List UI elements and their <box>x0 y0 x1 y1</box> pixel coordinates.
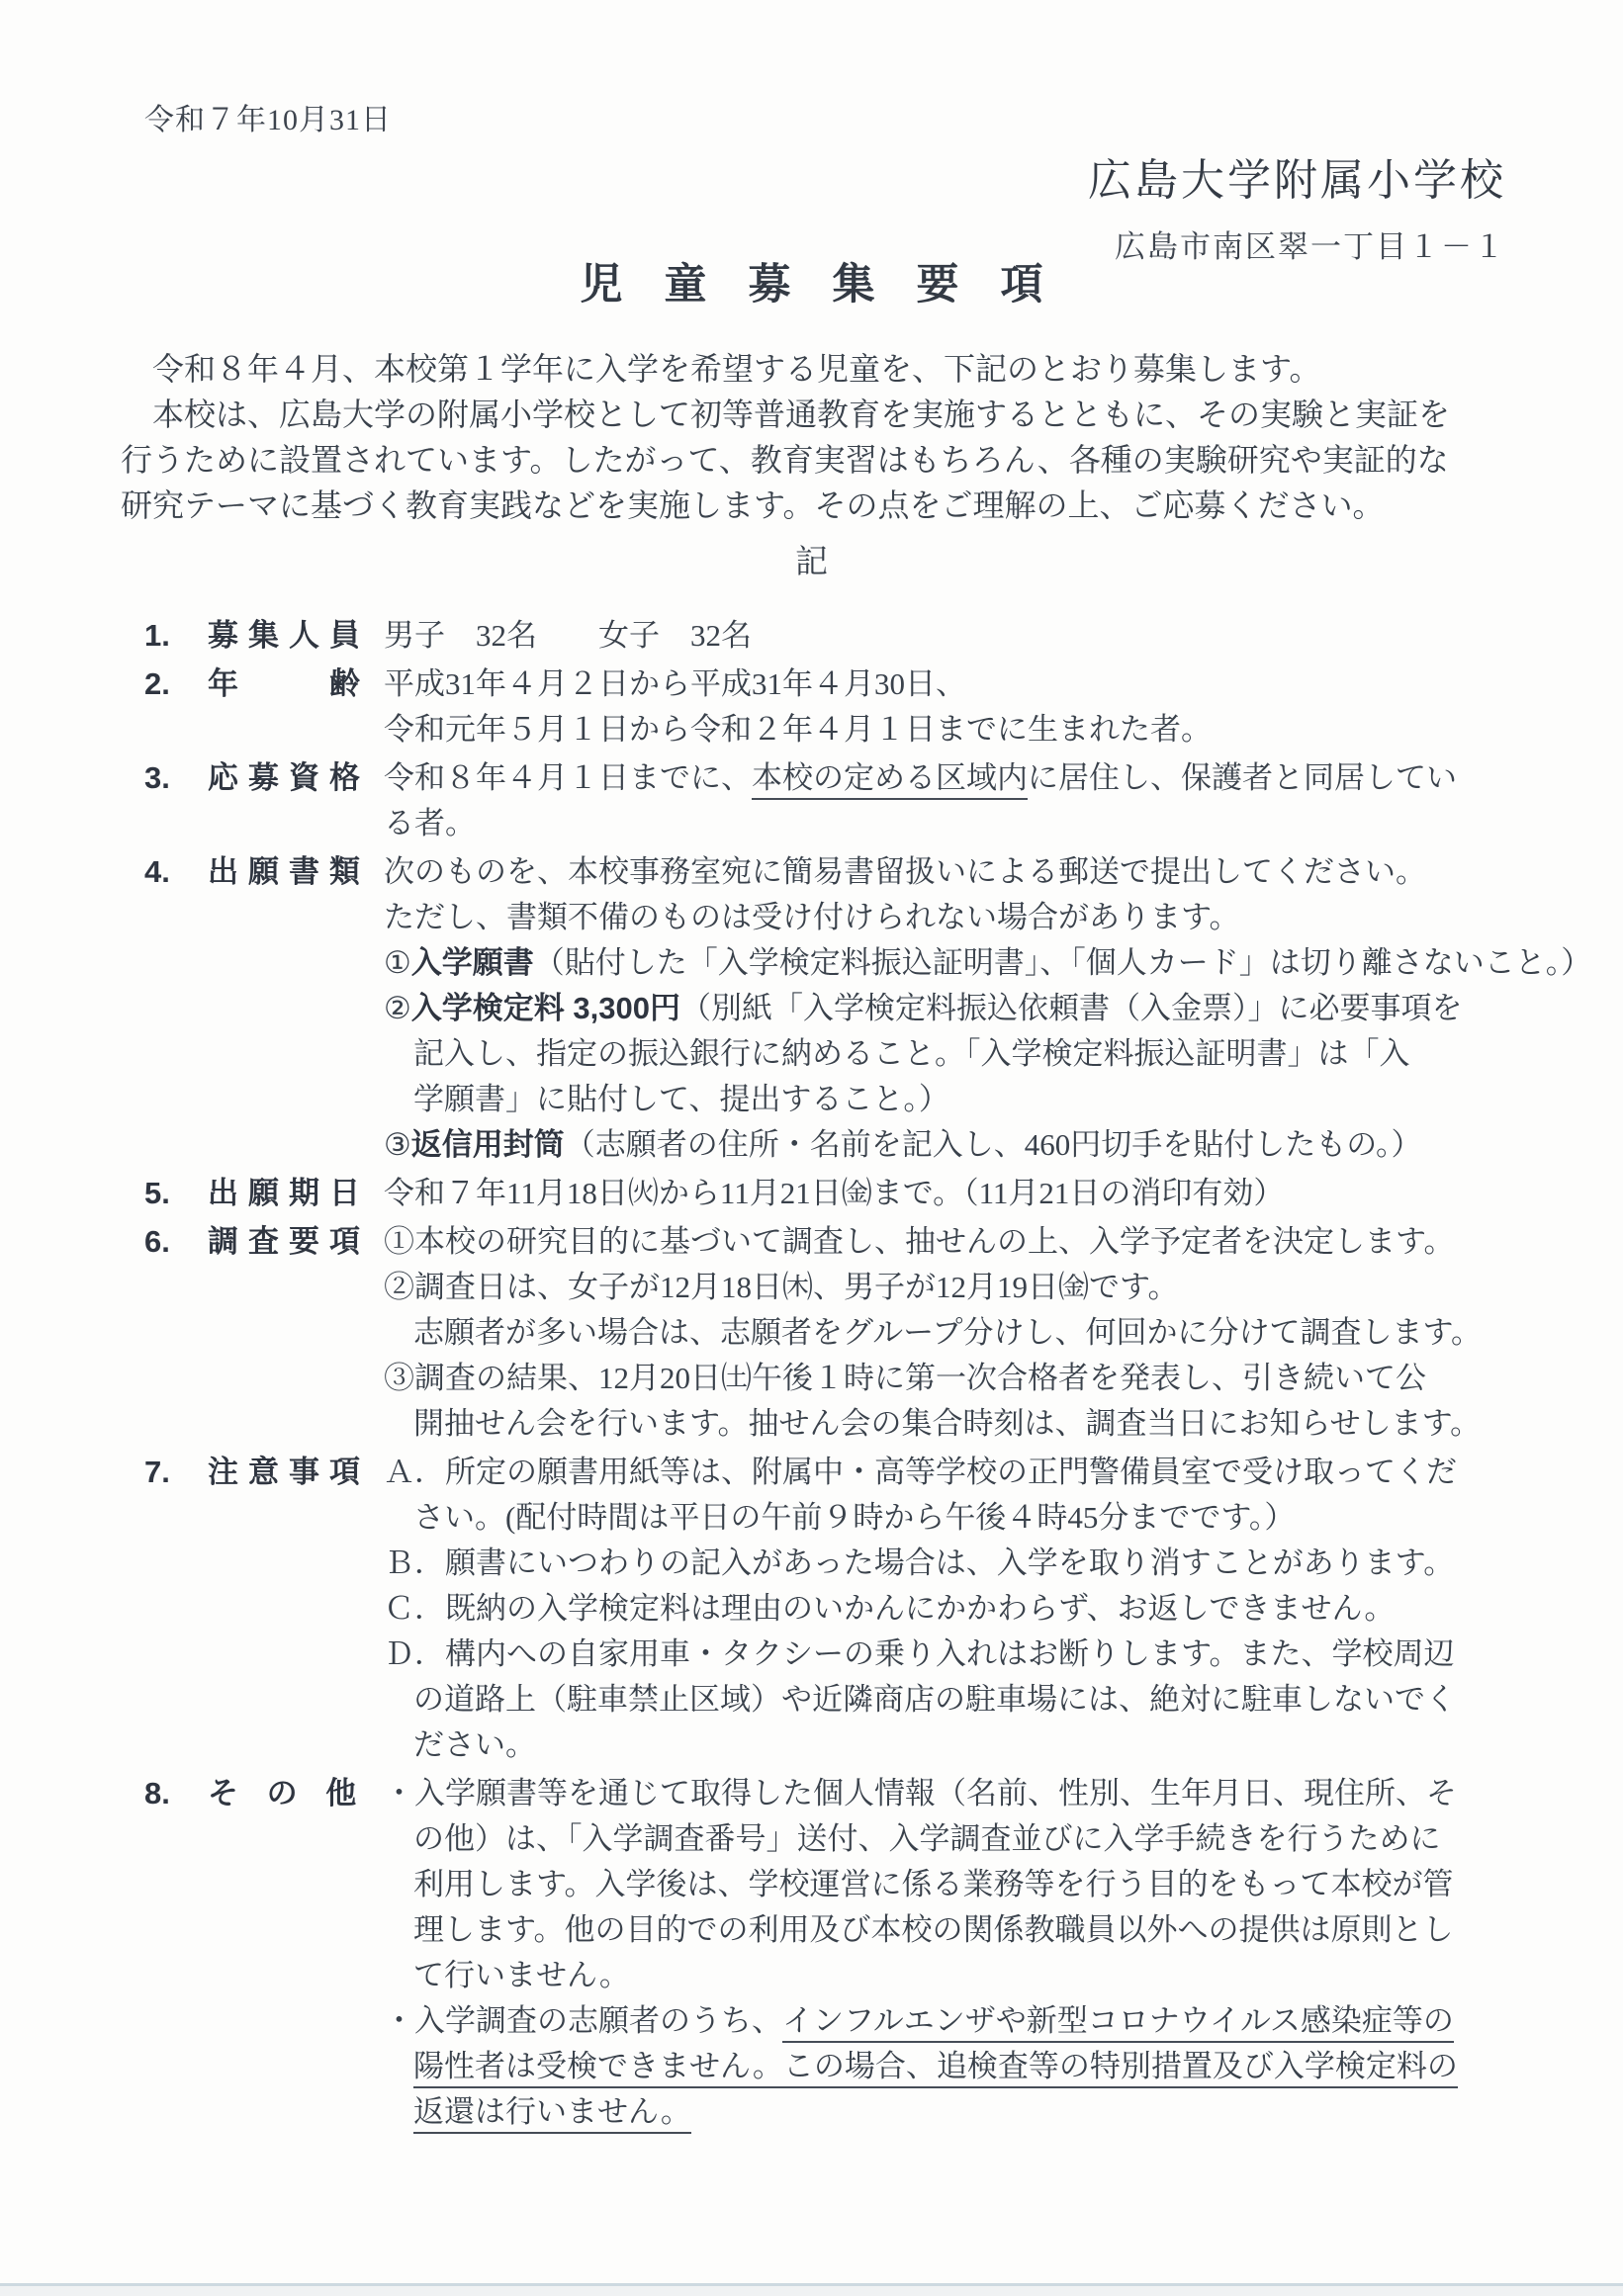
item-content: ・入学願書等を通じて取得した個人情報（名前、性別、生年月日、現住所、その他）は、… <box>384 1771 1578 2135</box>
item-number: 5. <box>144 1171 208 1216</box>
text-segment: （志願者の住所・名前を記入し、460円切手を貼付したもの。） <box>565 1127 1422 1162</box>
item-label: 出願期日 <box>208 1171 384 1216</box>
item-number: 7. <box>144 1450 208 1495</box>
item-content-line: ①本校の研究目的に基づいて調査し、抽せんの上、入学予定者を決定します。 <box>384 1219 1578 1265</box>
item-label: 募集人員 <box>208 613 384 659</box>
item-row-5: 5.出願期日令和７年11月18日㈫から11月21日㈮まで。（11月21日の消印有… <box>144 1171 1578 1216</box>
item-row-3: 3.応募資格令和８年４月１日までに、本校の定める区域内に居住し、保護者と同居して… <box>144 755 1578 846</box>
item-content: 男子 32名 女子 32名 <box>384 613 1578 659</box>
text-segment: 男子 32名 女子 32名 <box>384 618 752 653</box>
text-segment: 利用します。入学後は、学校運営に係る業務等を行う目的をもって本校が管 <box>413 1867 1454 1901</box>
item-number: 2. <box>144 662 208 707</box>
text-segment: る者。 <box>384 806 476 840</box>
underlined-text: 返還は行いません。 <box>413 2094 691 2134</box>
item-content-line: ③調査の結果、12月20日㈯午後１時に第一次合格者を発表し、引き続いて公 <box>384 1356 1578 1401</box>
item-row-1: 1.募集人員男子 32名 女子 32名 <box>144 613 1578 659</box>
intro-line: 令和８年４月、本校第１学年に入学を希望する児童を、下記のとおり募集します。 <box>121 346 1545 392</box>
item-content-line: 学願書」に貼付して、提出すること。） <box>384 1077 1578 1122</box>
text-segment: ② <box>384 991 411 1025</box>
item-row-2: 2.年 齢平成31年４月２日から平成31年４月30日、令和元年５月１日から令和２… <box>144 662 1578 752</box>
item-content-line: 陽性者は受検できません。この場合、追検査等の特別措置及び入学検定料の <box>384 2044 1578 2089</box>
text-segment: ③調査の結果、12月20日㈯午後１時に第一次合格者を発表し、引き続いて公 <box>384 1361 1426 1395</box>
item-label: 応募資格 <box>208 755 384 801</box>
item-content-line: ただし、書類不備のものは受け付けられない場合があります。 <box>384 895 1578 940</box>
item-content-line: 令和８年４月１日までに、本校の定める区域内に居住し、保護者と同居してい <box>384 755 1578 801</box>
text-segment: 記入し、指定の振込銀行に納めること。「入学検定料振込証明書」は「入 <box>413 1036 1410 1071</box>
item-content: 令和８年４月１日までに、本校の定める区域内に居住し、保護者と同居している者。 <box>384 755 1578 846</box>
text-segment: 令和８年４月１日までに、 <box>384 760 752 795</box>
text-segment: ・入学願書等を通じて取得した個人情報（名前、性別、生年月日、現住所、そ <box>384 1776 1457 1810</box>
item-content-line: ・入学願書等を通じて取得した個人情報（名前、性別、生年月日、現住所、そ <box>384 1771 1578 1816</box>
bold-text: 入学願書 <box>411 945 534 980</box>
item-content-line: Ｂ．願書にいつわりの記入があった場合は、入学を取り消すことがあります。 <box>384 1541 1578 1586</box>
text-segment: に居住し、保護者と同居してい <box>1028 760 1457 795</box>
item-content: Ａ．所定の願書用紙等は、附属中・高等学校の正門警備員室で受け取ってください。(配… <box>384 1450 1578 1768</box>
text-segment: ②調査日は、女子が12月18日㈭、男子が12月19日㈮です。 <box>384 1270 1179 1304</box>
text-segment: 開抽せん会を行います。抽せん会の集合時刻は、調査当日にお知らせします。 <box>413 1406 1481 1441</box>
item-content-line: 平成31年４月２日から平成31年４月30日、 <box>384 662 1578 707</box>
item-content-line: て行いません。 <box>384 1953 1578 1998</box>
item-content-line: 記入し、指定の振込銀行に納めること。「入学検定料振込証明書」は「入 <box>384 1031 1578 1077</box>
item-row-4: 4.出願書類次のものを、本校事務室宛に簡易書留扱いによる郵送で提出してください。… <box>144 849 1578 1168</box>
text-segment: ただし、書類不備のものは受け付けられない場合があります。 <box>384 900 1240 934</box>
text-segment: 志願者が多い場合は、志願者をグループ分けし、何回かに分けて調査します。 <box>413 1315 1482 1350</box>
item-number: 3. <box>144 755 208 801</box>
text-segment: 次のものを、本校事務室宛に簡易書留扱いによる郵送で提出してください。 <box>384 854 1426 889</box>
item-label: 調査要項 <box>208 1219 384 1265</box>
item-content-line: 次のものを、本校事務室宛に簡易書留扱いによる郵送で提出してください。 <box>384 849 1578 895</box>
section-marker: 記 <box>0 536 1623 582</box>
item-content-line: の他）は、「入学調査番号」送付、入学調査並びに入学手続きを行うために <box>384 1816 1578 1862</box>
item-content-line: ださい。 <box>384 1722 1578 1768</box>
text-segment: 学願書」に貼付して、提出すること。） <box>413 1082 949 1116</box>
item-content-line: ②入学検定料 3,300円（別紙「入学検定料振込依頼書（入金票）」に必要事項を <box>384 986 1578 1031</box>
intro-line: 研究テーマに基づく教育実践などを実施します。その点をご理解の上、ご応募ください。 <box>121 483 1545 528</box>
item-content-line: 令和７年11月18日㈫から11月21日㈮まで。（11月21日の消印有効） <box>384 1171 1578 1216</box>
item-content-line: Ｃ．既納の入学検定料は理由のいかんにかかわらず、お返しできません。 <box>384 1586 1578 1632</box>
bold-text: 入学検定料 3,300円 <box>411 991 680 1025</box>
text-segment: 令和元年５月１日から令和２年４月１日までに生まれた者。 <box>384 712 1212 747</box>
item-content-line: 男子 32名 女子 32名 <box>384 613 1578 659</box>
item-label: 年 齢 <box>208 662 384 707</box>
item-content: 令和７年11月18日㈫から11月21日㈮まで。（11月21日の消印有効） <box>384 1171 1578 1216</box>
intro-line: 本校は、広島大学の附属小学校として初等普通教育を実施するとともに、その実験と実証… <box>121 392 1545 437</box>
item-content-line: ③返信用封筒（志願者の住所・名前を記入し、460円切手を貼付したもの。） <box>384 1122 1578 1168</box>
item-row-7: 7.注意事項Ａ．所定の願書用紙等は、附属中・高等学校の正門警備員室で受け取ってく… <box>144 1450 1578 1768</box>
item-row-8: 8.そ の 他・入学願書等を通じて取得した個人情報（名前、性別、生年月日、現住所… <box>144 1771 1578 2135</box>
school-header: 広島大学附属小学校 広島市南区翠一丁目１－１ <box>1088 144 1506 266</box>
item-content: ①本校の研究目的に基づいて調査し、抽せんの上、入学予定者を決定します。②調査日は… <box>384 1219 1578 1447</box>
text-segment: ③ <box>384 1127 411 1162</box>
document-date: 令和７年10月31日 <box>144 95 392 138</box>
text-segment: 平成31年４月２日から平成31年４月30日、 <box>384 666 966 701</box>
item-content-line: 令和元年５月１日から令和２年４月１日までに生まれた者。 <box>384 707 1578 752</box>
text-segment: て行いません。 <box>413 1958 630 1992</box>
item-content-line: 理します。他の目的での利用及び本校の関係教職員以外への提供は原則とし <box>384 1907 1578 1953</box>
bold-text: 返信用封筒 <box>411 1127 565 1162</box>
text-segment: Ｄ．構内への自家用車・タクシーの乗り入れはお断りします。また、学校周辺 <box>384 1636 1455 1671</box>
item-content-line: ①入学願書（貼付した「入学検定料振込証明書」、「個人カード」は切り離さないこと。… <box>384 940 1578 986</box>
text-segment: の道路上（駐車禁止区域）や近隣商店の駐車場には、絶対に駐車しないでく <box>413 1682 1456 1717</box>
item-number: 8. <box>144 1771 208 1816</box>
text-segment: の他）は、「入学調査番号」送付、入学調査並びに入学手続きを行うために <box>413 1821 1441 1856</box>
text-segment: ・入学調査の志願者のうち、 <box>384 2003 782 2038</box>
item-label: 出願書類 <box>208 849 384 895</box>
item-row-6: 6.調査要項①本校の研究目的に基づいて調査し、抽せんの上、入学予定者を決定します… <box>144 1219 1578 1447</box>
item-number: 1. <box>144 613 208 659</box>
text-segment: Ｂ．願書にいつわりの記入があった場合は、入学を取り消すことがあります。 <box>384 1545 1454 1580</box>
items-list: 1.募集人員男子 32名 女子 32名2.年 齢平成31年４月２日から平成31年… <box>144 613 1578 2138</box>
intro-paragraph: 令和８年４月、本校第１学年に入学を希望する児童を、下記のとおり募集します。本校は… <box>121 346 1545 528</box>
underlined-text: 本校の定める区域内 <box>752 760 1028 800</box>
intro-line: 行うために設置されています。したがって、教育実習はもちろん、各種の実験研究や実証… <box>121 437 1545 483</box>
item-content-line: ②調査日は、女子が12月18日㈭、男子が12月19日㈮です。 <box>384 1265 1578 1310</box>
school-name: 広島大学附属小学校 <box>1088 144 1506 208</box>
text-segment: 理します。他の目的での利用及び本校の関係教職員以外への提供は原則とし <box>413 1912 1454 1947</box>
item-label: 注意事項 <box>208 1450 384 1495</box>
item-content-line: 志願者が多い場合は、志願者をグループ分けし、何回かに分けて調査します。 <box>384 1310 1578 1356</box>
item-content: 次のものを、本校事務室宛に簡易書留扱いによる郵送で提出してください。ただし、書類… <box>384 849 1578 1168</box>
item-content-line: さい。(配付時間は平日の午前９時から午後４時45分までです。） <box>384 1495 1578 1541</box>
item-content-line: る者。 <box>384 801 1578 846</box>
item-content-line: 利用します。入学後は、学校運営に係る業務等を行う目的をもって本校が管 <box>384 1862 1578 1907</box>
item-content: 平成31年４月２日から平成31年４月30日、令和元年５月１日から令和２年４月１日… <box>384 662 1578 752</box>
item-content-line: 開抽せん会を行います。抽せん会の集合時刻は、調査当日にお知らせします。 <box>384 1401 1578 1447</box>
scan-artifact-strip <box>0 2286 1623 2296</box>
text-segment: さい。(配付時間は平日の午前９時から午後４時45分までです。） <box>413 1500 1295 1535</box>
underlined-text: 陽性者は受検できません。この場合、追検査等の特別措置及び入学検定料の <box>413 2049 1458 2088</box>
item-number: 4. <box>144 849 208 895</box>
item-content-line: の道路上（駐車禁止区域）や近隣商店の駐車場には、絶対に駐車しないでく <box>384 1677 1578 1722</box>
item-content-line: Ａ．所定の願書用紙等は、附属中・高等学校の正門警備員室で受け取ってくだ <box>384 1450 1578 1495</box>
text-segment: ① <box>384 945 411 980</box>
item-content-line: 返還は行いません。 <box>384 2089 1578 2135</box>
text-segment: Ａ．所定の願書用紙等は、附属中・高等学校の正門警備員室で受け取ってくだ <box>384 1455 1457 1489</box>
item-content-line: ・入学調査の志願者のうち、インフルエンザや新型コロナウイルス感染症等の <box>384 1998 1578 2044</box>
text-segment: 令和７年11月18日㈫から11月21日㈮まで。（11月21日の消印有効） <box>384 1176 1284 1210</box>
underlined-text: インフルエンザや新型コロナウイルス感染症等の <box>782 2003 1454 2043</box>
document-title: 児童募集要項 <box>0 251 1623 311</box>
document-page: 令和７年10月31日 広島大学附属小学校 広島市南区翠一丁目１－１ 児童募集要項… <box>0 0 1623 2296</box>
text-segment: Ｃ．既納の入学検定料は理由のいかんにかかわらず、お返しできません。 <box>384 1591 1395 1626</box>
item-label: そ の 他 <box>208 1771 384 1816</box>
text-segment: ①本校の研究目的に基づいて調査し、抽せんの上、入学予定者を決定します。 <box>384 1224 1455 1259</box>
text-segment: （別紙「入学検定料振込依頼書（入金票）」に必要事項を <box>680 991 1463 1025</box>
text-segment: （貼付した「入学検定料振込証明書」、「個人カード」は切り離さないこと。） <box>534 945 1592 980</box>
text-segment: ださい。 <box>413 1727 536 1762</box>
item-number: 6. <box>144 1219 208 1265</box>
item-content-line: Ｄ．構内への自家用車・タクシーの乗り入れはお断りします。また、学校周辺 <box>384 1632 1578 1677</box>
